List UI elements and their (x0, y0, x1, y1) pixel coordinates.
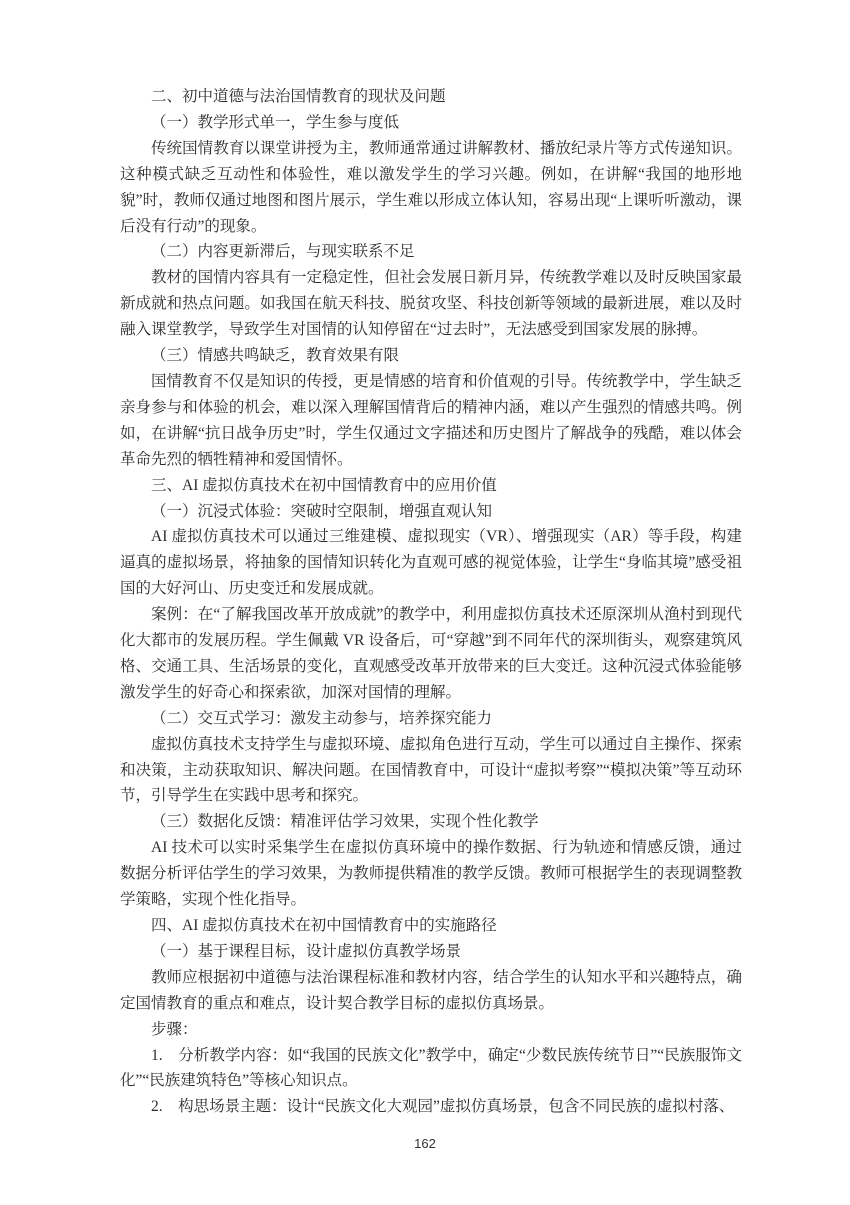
subsection-heading: （一）沉浸式体验：突破时空限制，增强直观认知 (120, 499, 742, 525)
paragraph: AI 技术可以实时采集学生在虚拟仿真环境中的操作数据、行为轨迹和情感反馈，通过数… (120, 835, 742, 913)
paragraph: 教材的国情内容具有一定稳定性，但社会发展日新月异，传统教学难以及时反映国家最新成… (120, 265, 742, 343)
subsection-heading: （三）数据化反馈：精准评估学习效果，实现个性化教学 (120, 809, 742, 835)
document-body: 二、初中道德与法治国情教育的现状及问题 （一）教学形式单一，学生参与度低 传统国… (120, 84, 742, 1120)
step-label: 步骤： (120, 1017, 742, 1043)
paragraph: 案例：在“了解我国改革开放成就”的教学中，利用虚拟仿真技术还原深圳从渔村到现代化… (120, 602, 742, 706)
paragraph: AI 虚拟仿真技术可以通过三维建模、虚拟现实（VR）、增强现实（AR）等手段，构… (120, 524, 742, 602)
subsection-heading: （二）交互式学习：激发主动参与，培养探究能力 (120, 706, 742, 732)
subsection-heading: （二）内容更新滞后，与现实联系不足 (120, 239, 742, 265)
paragraph: 国情教育不仅是知识的传授，更是情感的培育和价值观的引导。传统教学中，学生缺乏亲身… (120, 369, 742, 473)
document-page: 二、初中道德与法治国情教育的现状及问题 （一）教学形式单一，学生参与度低 传统国… (0, 0, 850, 1205)
subsection-heading: （一）教学形式单一，学生参与度低 (120, 110, 742, 136)
section-heading: 四、AI 虚拟仿真技术在初中国情教育中的实施路径 (120, 913, 742, 939)
list-item: 2. 构思场景主题：设计“民族文化大观园”虚拟仿真场景，包含不同民族的虚拟村落、 (120, 1094, 742, 1120)
page-number: 162 (0, 1136, 850, 1151)
list-item: 1. 分析教学内容：如“我国的民族文化”教学中，确定“少数民族传统节日”“民族服… (120, 1043, 742, 1095)
subsection-heading: （一）基于课程目标，设计虚拟仿真教学场景 (120, 939, 742, 965)
section-heading: 二、初中道德与法治国情教育的现状及问题 (120, 84, 742, 110)
paragraph: 虚拟仿真技术支持学生与虚拟环境、虚拟角色进行互动，学生可以通过自主操作、探索和决… (120, 732, 742, 810)
paragraph: 传统国情教育以课堂讲授为主，教师通常通过讲解教材、播放纪录片等方式传递知识。这种… (120, 136, 742, 240)
section-heading: 三、AI 虚拟仿真技术在初中国情教育中的应用价值 (120, 473, 742, 499)
paragraph: 教师应根据初中道德与法治课程标准和教材内容，结合学生的认知水平和兴趣特点，确定国… (120, 965, 742, 1017)
subsection-heading: （三）情感共鸣缺乏，教育效果有限 (120, 343, 742, 369)
